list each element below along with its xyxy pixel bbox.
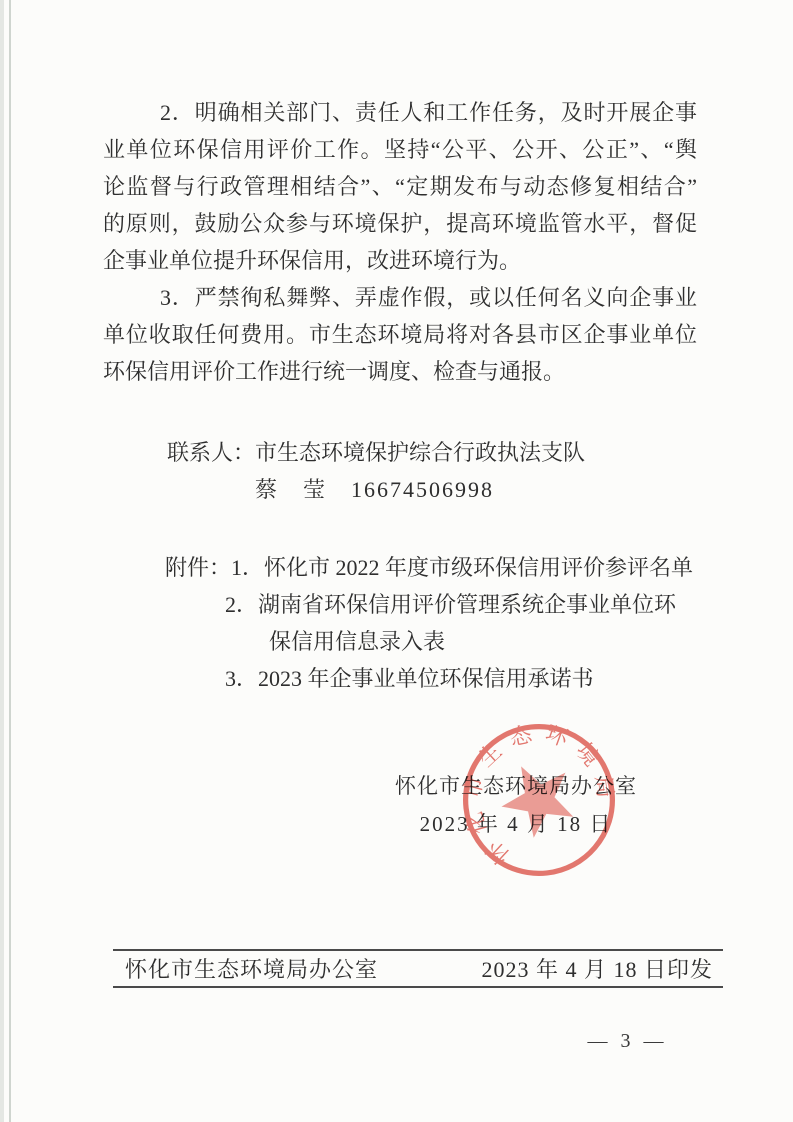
page-number: — 3 — [560, 1026, 695, 1056]
contact-block: 联系人：市生态环境保护综合行政执法支队 蔡 莹 16674506998 [103, 434, 697, 508]
text-line: 的原则，鼓励公众参与环境保护，提高环境监管水平，督促 [103, 205, 697, 242]
text-line: 论监督与行政管理相结合”、“定期发布与动态修复相结合” [103, 168, 697, 205]
attachment-line-2: 2．湖南省环保信用评价管理系统企事业单位环 [103, 586, 697, 623]
text-line: 环保信用评价工作进行统一调度、检查与通报。 [103, 353, 697, 390]
signature-block: 怀化市生态环境局办公室 2023 年 4 月 18 日 [316, 767, 716, 843]
paragraph-item-2: 2．明确相关部门、责任人和工作任务，及时开展企事业单位环保信用评价工作。坚持“公… [103, 94, 697, 279]
text-line: 企事业单位提升环保信用，改进环境行为。 [103, 242, 697, 279]
print-footer-bar: 怀化市生态环境局办公室 2023 年 4 月 18 日印发 [113, 949, 723, 988]
text-line: 单位收取任何费用。市生态环境局将对各县市区企事业单位 [103, 316, 697, 353]
text-line: 业单位环保信用评价工作。坚持“公平、公开、公正”、“舆 [103, 131, 697, 168]
attachments-block: 附件：1．怀化市 2022 年度市级环保信用评价参评名单 2．湖南省环保信用评价… [103, 549, 697, 697]
text-line: 3．严禁徇私舞弊、弄虚作假，或以任何名义向企事业 [103, 279, 697, 316]
footer-office: 怀化市生态环境局办公室 [125, 953, 378, 984]
text-line: 2．明确相关部门、责任人和工作任务，及时开展企事 [103, 94, 697, 131]
document-body: 2．明确相关部门、责任人和工作任务，及时开展企事业单位环保信用评价工作。坚持“公… [103, 94, 697, 697]
contact-phone-line: 蔡 莹 16674506998 [103, 471, 697, 508]
paragraph-item-3: 3．严禁徇私舞弊、弄虚作假，或以任何名义向企事业单位收取任何费用。市生态环境局将… [103, 279, 697, 390]
attachment-line-1: 附件：1．怀化市 2022 年度市级环保信用评价参评名单 [103, 549, 697, 586]
scan-edge-shadow [0, 0, 4, 1122]
attachment-line-4: 3．2023 年企事业单位环保信用承诺书 [103, 660, 697, 697]
contact-person-line: 联系人：市生态环境保护综合行政执法支队 [103, 434, 697, 471]
document-page: 2．明确相关部门、责任人和工作任务，及时开展企事业单位环保信用评价工作。坚持“公… [0, 0, 793, 1122]
signing-date: 2023 年 4 月 18 日 [316, 805, 716, 843]
signing-office: 怀化市生态环境局办公室 [316, 767, 716, 805]
attachment-line-3: 保信用信息录入表 [103, 623, 697, 660]
scan-artifact-line [9, 0, 11, 1122]
footer-print-date: 2023 年 4 月 18 日印发 [481, 953, 713, 984]
